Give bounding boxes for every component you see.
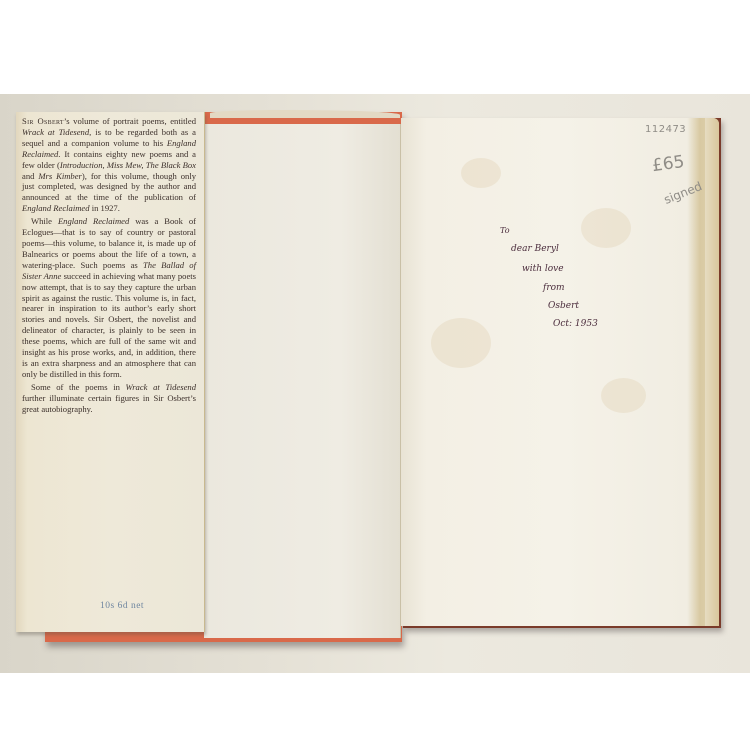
text-run: further illuminate certain figures in Si… <box>22 393 196 414</box>
text-run: in 1927. <box>90 203 120 213</box>
poem-titles: Introduction, Miss Mew, The Black Box <box>60 160 196 170</box>
torn-endpaper-edge <box>210 110 400 118</box>
flap-blurb: Sir Osbert’s volume of portrait poems, e… <box>22 116 196 416</box>
inscription-line: from <box>543 283 565 293</box>
book-title: England Reclaimed <box>22 203 90 213</box>
author-name: Sir Osbert <box>22 116 64 126</box>
foxing-spot <box>601 378 646 413</box>
text-run: and <box>22 171 38 181</box>
text-run: Some of the poems in <box>31 382 126 392</box>
pencil-stock-number: 112473 <box>645 124 686 135</box>
poem-title: Mrs Kimber <box>38 171 82 181</box>
blurb-paragraph-2: While England Reclaimed was a Book of Ec… <box>22 216 196 380</box>
foxing-spot <box>431 318 491 368</box>
inscription-line: To <box>500 226 510 235</box>
book-title: Wrack at Tidesend <box>126 382 196 392</box>
inscription-line: dear Beryl <box>511 244 559 254</box>
foxing-spot <box>581 208 631 248</box>
inscription-signature: Osbert <box>548 301 579 311</box>
book-title: England Reclaimed <box>58 216 129 226</box>
text-run: ’s volume of portrait poems, entitled <box>64 116 196 126</box>
blurb-paragraph-1: Sir Osbert’s volume of portrait poems, e… <box>22 116 196 214</box>
book-title: Wrack at Tidesend <box>22 127 89 137</box>
blurb-paragraph-3: Some of the poems in Wrack at Tidesend f… <box>22 382 196 415</box>
pastedown-endpaper <box>204 124 401 638</box>
text-run: While <box>31 216 58 226</box>
price-label: 10s 6d net <box>100 601 144 611</box>
inscription-line: with love <box>522 264 564 274</box>
inscription-date: Oct: 1953 <box>553 319 598 329</box>
text-run: succeed in achieving what many poets now… <box>22 271 196 379</box>
foxing-spot <box>461 158 501 188</box>
